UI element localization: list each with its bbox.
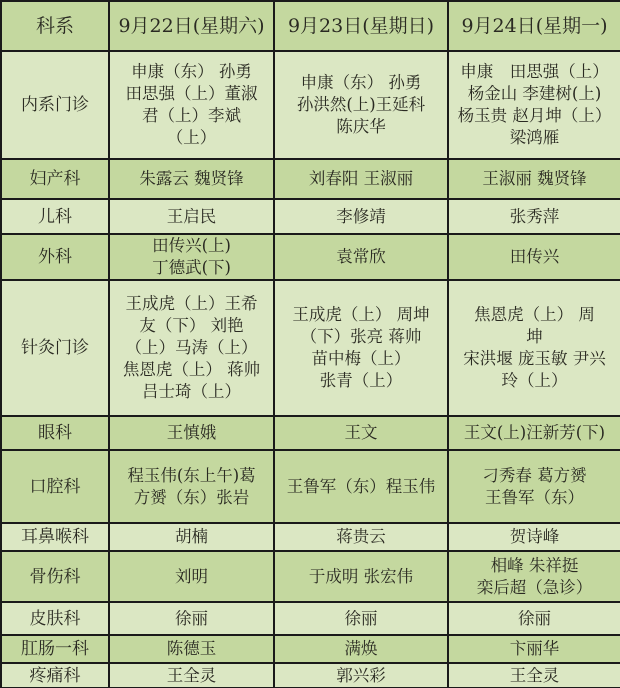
doctor-cell: 申康（东） 孙勇田思强（上）董淑君（上）李斌（上） [109, 51, 274, 159]
doctor-names-line: 袁常欣 [278, 246, 444, 268]
doctor-names-line: 徐丽 [278, 608, 444, 630]
doctor-names-line: 胡楠 [113, 526, 270, 548]
doctor-cell: 蒋贵云 [274, 523, 448, 551]
table-row: 内系门诊申康（东） 孙勇田思强（上）董淑君（上）李斌（上）申康（东） 孙勇孙洪然… [1, 51, 620, 159]
doctor-names-line: 李修靖 [278, 206, 444, 228]
department-name: 耳鼻喉科 [1, 523, 109, 551]
table-row: 疼痛科王全灵郭兴彩王全灵 [1, 663, 620, 688]
table-row: 眼科王慎娥王文王文(上)汪新芳(下) [1, 416, 620, 450]
doctor-names-line: 郭兴彩 [278, 665, 444, 687]
department-name: 眼科 [1, 416, 109, 450]
department-name: 内系门诊 [1, 51, 109, 159]
department-name: 肛肠一科 [1, 635, 109, 663]
doctor-cell: 王慎娥 [109, 416, 274, 450]
doctor-cell: 王鲁军（东）程玉伟 [274, 450, 448, 523]
department-name: 针灸门诊 [1, 280, 109, 416]
doctor-names-line: 蒋贵云 [278, 526, 444, 548]
department-name: 口腔科 [1, 450, 109, 523]
doctor-names-line: 坤 [452, 326, 617, 348]
doctor-cell: 王启民 [109, 199, 274, 234]
doctor-cell: 申康 田思强（上）杨金山 李建树(上)杨玉贵 赵月坤（上）梁鸿雁 [448, 51, 620, 159]
doctor-names-line: 相峰 朱祥挺 [452, 555, 617, 577]
doctor-names-line: 申康（东） 孙勇 [278, 72, 444, 94]
doctor-cell: 贺诗峰 [448, 523, 620, 551]
doctor-names-line: 满焕 [278, 638, 444, 660]
doctor-cell: 卞丽华 [448, 635, 620, 663]
table-row: 皮肤科徐丽徐丽徐丽 [1, 602, 620, 635]
doctor-names-line: 丁德武(下) [113, 257, 270, 279]
doctor-cell: 李修靖 [274, 199, 448, 234]
day-column-header: 9月23日(星期日) [274, 1, 448, 51]
day-column-header: 9月24日(星期一) [448, 1, 620, 51]
doctor-cell: 刘春阳 王淑丽 [274, 159, 448, 199]
doctor-names-line: 君（上）李斌 [113, 105, 270, 127]
doctor-names-line: 苗中梅（上） [278, 348, 444, 370]
doctor-cell: 田传兴(上)丁德武(下) [109, 234, 274, 280]
doctor-names-line: 徐丽 [113, 608, 270, 630]
header-row: 科系 9月22日(星期六) 9月23日(星期日) 9月24日(星期一) [1, 1, 620, 51]
doctor-names-line: 杨玉贵 赵月坤（上） [452, 105, 617, 127]
doctor-names-line: 王成虎（上） 周坤 [278, 304, 444, 326]
table-row: 外科田传兴(上)丁德武(下)袁常欣田传兴 [1, 234, 620, 280]
doctor-cell: 田传兴 [448, 234, 620, 280]
dept-column-header: 科系 [1, 1, 109, 51]
doctor-names-line: （上）马涛（上） [113, 337, 270, 359]
day-column-header: 9月22日(星期六) [109, 1, 274, 51]
doctor-cell: 郭兴彩 [274, 663, 448, 688]
doctor-names-line: 玲（上） [452, 370, 617, 392]
doctor-cell: 于成明 张宏伟 [274, 551, 448, 602]
doctor-cell: 朱露云 魏贤锋 [109, 159, 274, 199]
doctor-cell: 陈德玉 [109, 635, 274, 663]
doctor-names-line: （上） [113, 127, 270, 149]
doctor-cell: 徐丽 [448, 602, 620, 635]
doctor-names-line: 田传兴(上) [113, 235, 270, 257]
doctor-cell: 焦恩虎（上） 周坤宋洪堰 庞玉敏 尹兴玲（上） [448, 280, 620, 416]
department-name: 皮肤科 [1, 602, 109, 635]
doctor-names-line: 田思强（上）董淑 [113, 83, 270, 105]
doctor-cell: 王淑丽 魏贤锋 [448, 159, 620, 199]
doctor-names-line: 吕士琦（上） [113, 381, 270, 403]
duty-schedule-table: 科系 9月22日(星期六) 9月23日(星期日) 9月24日(星期一) 内系门诊… [0, 0, 620, 688]
doctor-names-line: 刘明 [113, 566, 270, 588]
doctor-names-line: 栾后超（急诊） [452, 577, 617, 599]
doctor-names-line: 王淑丽 魏贤锋 [452, 168, 617, 190]
doctor-names-line: 陈庆华 [278, 116, 444, 138]
table-row: 肛肠一科陈德玉满焕卞丽华 [1, 635, 620, 663]
doctor-names-line: 王启民 [113, 206, 270, 228]
department-name: 妇产科 [1, 159, 109, 199]
doctor-names-line: 王全灵 [113, 665, 270, 687]
doctor-cell: 王成虎（上）王希友（下） 刘艳（上）马涛（上）焦恩虎（上） 蒋帅吕士琦（上） [109, 280, 274, 416]
department-name: 疼痛科 [1, 663, 109, 688]
doctor-cell: 刁秀春 葛方赟王鲁军（东） [448, 450, 620, 523]
doctor-names-line: 徐丽 [452, 608, 617, 630]
doctor-names-line: 友（下） 刘艳 [113, 315, 270, 337]
doctor-names-line: 申康 田思强（上） [452, 61, 617, 83]
doctor-names-line: 朱露云 魏贤锋 [113, 168, 270, 190]
doctor-cell: 相峰 朱祥挺栾后超（急诊） [448, 551, 620, 602]
doctor-names-line: 程玉伟(东上午)葛 [113, 465, 270, 487]
doctor-names-line: 王文 [278, 422, 444, 444]
doctor-names-line: 杨金山 李建树(上) [452, 83, 617, 105]
doctor-names-line: 王成虎（上）王希 [113, 293, 270, 315]
department-name: 外科 [1, 234, 109, 280]
doctor-names-line: 王鲁军（东） [452, 487, 617, 509]
department-name: 骨伤科 [1, 551, 109, 602]
department-name: 儿科 [1, 199, 109, 234]
doctor-cell: 胡楠 [109, 523, 274, 551]
doctor-cell: 王全灵 [109, 663, 274, 688]
table-row: 骨伤科刘明于成明 张宏伟相峰 朱祥挺栾后超（急诊） [1, 551, 620, 602]
doctor-names-line: 王鲁军（东）程玉伟 [278, 476, 444, 498]
doctor-names-line: （下）张亮 蒋帅 [278, 326, 444, 348]
doctor-names-line: 王慎娥 [113, 422, 270, 444]
doctor-names-line: 张秀萍 [452, 206, 617, 228]
doctor-names-line: 申康（东） 孙勇 [113, 61, 270, 83]
table-row: 口腔科程玉伟(东上午)葛方赟（东）张岩王鲁军（东）程玉伟刁秀春 葛方赟王鲁军（东… [1, 450, 620, 523]
table-row: 针灸门诊王成虎（上）王希友（下） 刘艳（上）马涛（上）焦恩虎（上） 蒋帅吕士琦（… [1, 280, 620, 416]
doctor-names-line: 田传兴 [452, 246, 617, 268]
doctor-cell: 申康（东） 孙勇孙洪然(上)王延科陈庆华 [274, 51, 448, 159]
doctor-names-line: 焦恩虎（上） 蒋帅 [113, 359, 270, 381]
doctor-names-line: 王全灵 [452, 665, 617, 687]
doctor-cell: 刘明 [109, 551, 274, 602]
doctor-names-line: 张青（上） [278, 370, 444, 392]
doctor-cell: 张秀萍 [448, 199, 620, 234]
schedule-body: 内系门诊申康（东） 孙勇田思强（上）董淑君（上）李斌（上）申康（东） 孙勇孙洪然… [1, 51, 620, 688]
doctor-names-line: 陈德玉 [113, 638, 270, 660]
doctor-cell: 徐丽 [274, 602, 448, 635]
doctor-names-line: 孙洪然(上)王延科 [278, 94, 444, 116]
doctor-cell: 王文(上)汪新芳(下) [448, 416, 620, 450]
doctor-names-line: 刘春阳 王淑丽 [278, 168, 444, 190]
doctor-cell: 徐丽 [109, 602, 274, 635]
doctor-cell: 王成虎（上） 周坤（下）张亮 蒋帅苗中梅（上）张青（上） [274, 280, 448, 416]
doctor-names-line: 王文(上)汪新芳(下) [452, 422, 617, 444]
doctor-cell: 王文 [274, 416, 448, 450]
doctor-cell: 满焕 [274, 635, 448, 663]
doctor-names-line: 方赟（东）张岩 [113, 487, 270, 509]
doctor-names-line: 焦恩虎（上） 周 [452, 304, 617, 326]
doctor-names-line: 于成明 张宏伟 [278, 566, 444, 588]
doctor-names-line: 刁秀春 葛方赟 [452, 465, 617, 487]
table-row: 妇产科朱露云 魏贤锋刘春阳 王淑丽王淑丽 魏贤锋 [1, 159, 620, 199]
table-row: 耳鼻喉科胡楠蒋贵云贺诗峰 [1, 523, 620, 551]
doctor-names-line: 梁鸿雁 [452, 127, 617, 149]
doctor-names-line: 贺诗峰 [452, 526, 617, 548]
doctor-names-line: 卞丽华 [452, 638, 617, 660]
doctor-cell: 王全灵 [448, 663, 620, 688]
doctor-cell: 程玉伟(东上午)葛方赟（东）张岩 [109, 450, 274, 523]
doctor-names-line: 宋洪堰 庞玉敏 尹兴 [452, 348, 617, 370]
table-row: 儿科王启民李修靖张秀萍 [1, 199, 620, 234]
doctor-cell: 袁常欣 [274, 234, 448, 280]
